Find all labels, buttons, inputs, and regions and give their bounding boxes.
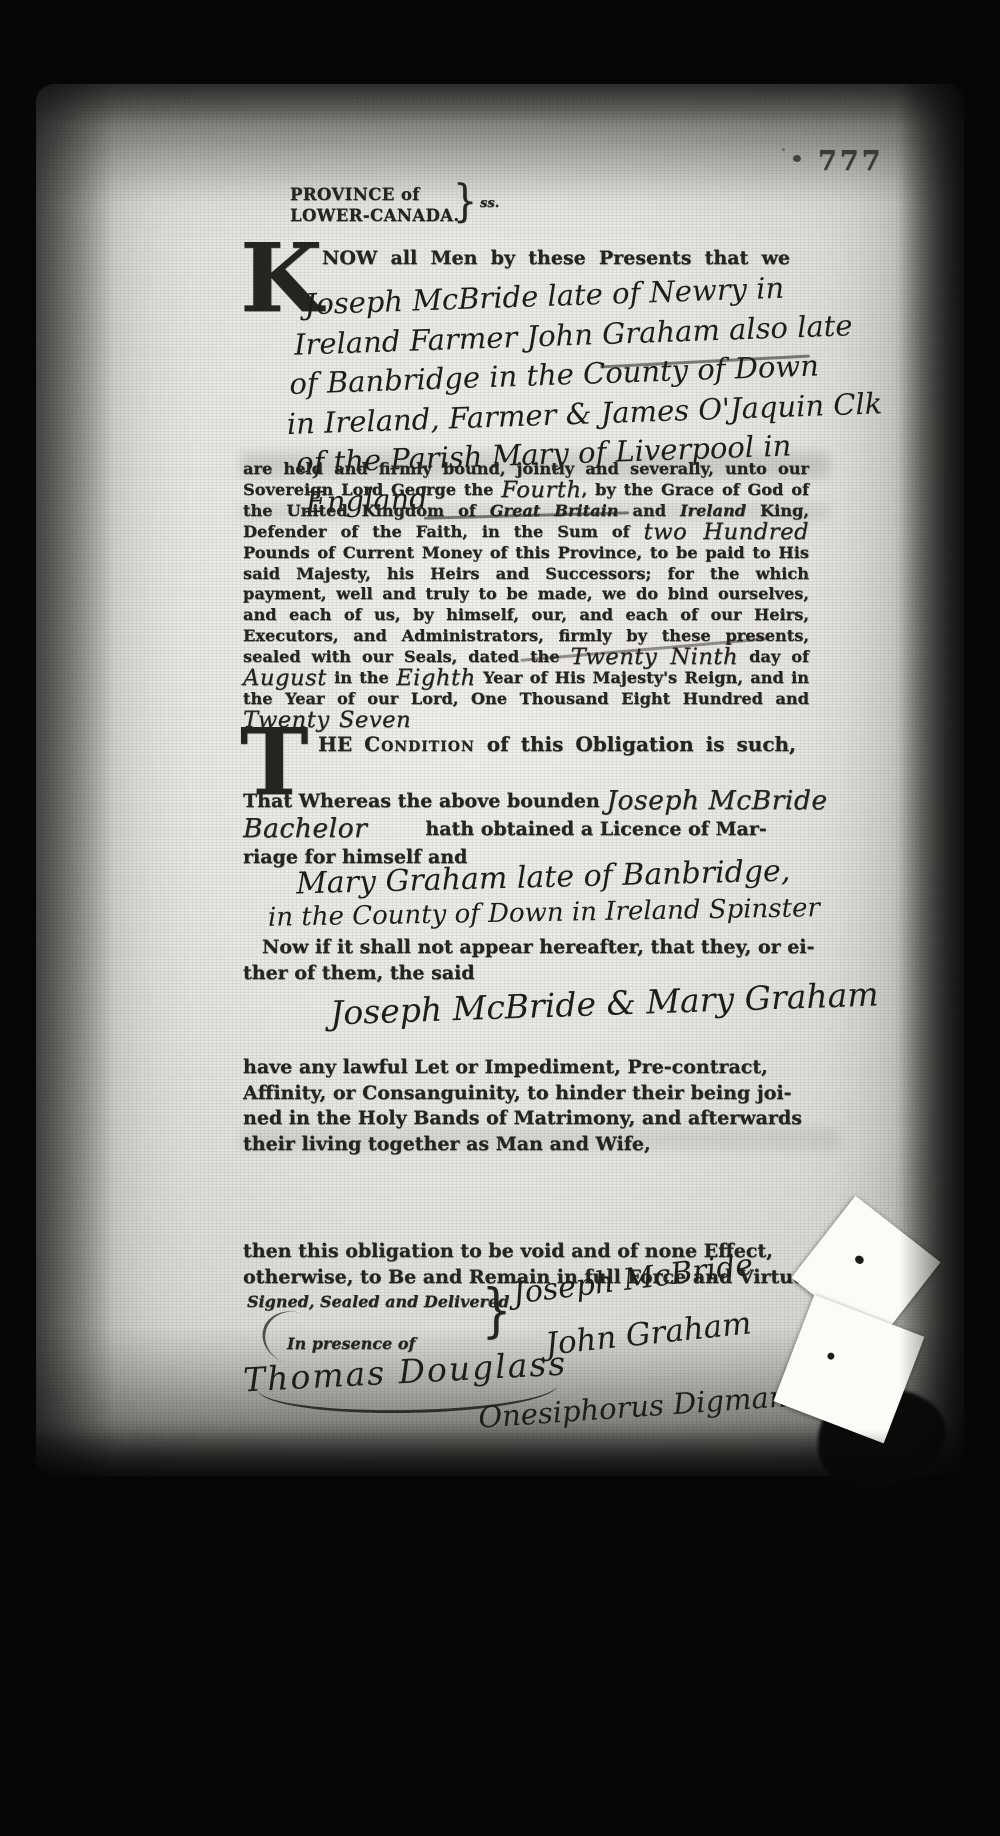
scanned-document-page: 777 PROVINCE of LOWER-CANADA. } ss. K NO… [0,0,1000,1836]
opening-line: NOW all Men by these Presents that we [322,247,790,269]
printed-text: Condition [364,732,475,756]
handwritten-text: Fourth [501,477,581,503]
handwritten-text: August [243,665,327,691]
condition-heading: HE Condition of this Obligation is such, [318,732,796,756]
province-line-1: PROVINCE of [290,184,460,205]
printed-text: of this Obligation is such, [475,732,796,756]
dust-speck [782,148,785,151]
signed-sealed-label: Signed, Sealed and Delivered [247,1292,509,1311]
printed-text: hath obtained a Licence of Mar- [425,818,766,840]
printed-text: HE [318,732,364,756]
condition-line-2: Bachelorhath obtained a Licence of Mar- [243,818,767,840]
seal-mark-dot [853,1254,865,1266]
printed-text: Ireland [680,501,746,520]
attestation-brace: } [482,1276,512,1344]
province-header: PROVINCE of LOWER-CANADA. [290,184,460,226]
printed-text: That Whereas the above bounden [243,790,606,812]
handwritten-text: Bachelor [243,813,367,844]
dust-speck [793,155,801,162]
handwritten-text: two Hundred [644,519,809,545]
smudge-band [150,1457,850,1471]
header-brace: } [453,176,477,227]
dropcap-t: T [240,724,308,800]
now-clause-line-1: Now if it shall not appear hereafter, th… [262,936,814,958]
condition-line-1: That Whereas the above bounden Joseph Mc… [243,790,828,812]
handwritten-text: Eighth [396,665,476,691]
presence-label: In presence of [287,1334,415,1353]
handwritten-text: Joseph McBride [606,785,827,816]
seal-mark-dot [826,1352,835,1361]
page-number: 777 [818,146,883,177]
now-clause-line-2: ther of them, the said [243,962,475,984]
printed-text: in the [327,668,396,687]
impediment-paragraph: have any lawful Let or Impediment, Pre-c… [243,1055,809,1157]
bond-paragraph: are held and firmly bound, jointly and s… [243,459,809,731]
header-ss-abbrev: ss. [480,196,499,211]
printed-text: and [619,501,680,520]
printed-text: day of [738,647,809,666]
